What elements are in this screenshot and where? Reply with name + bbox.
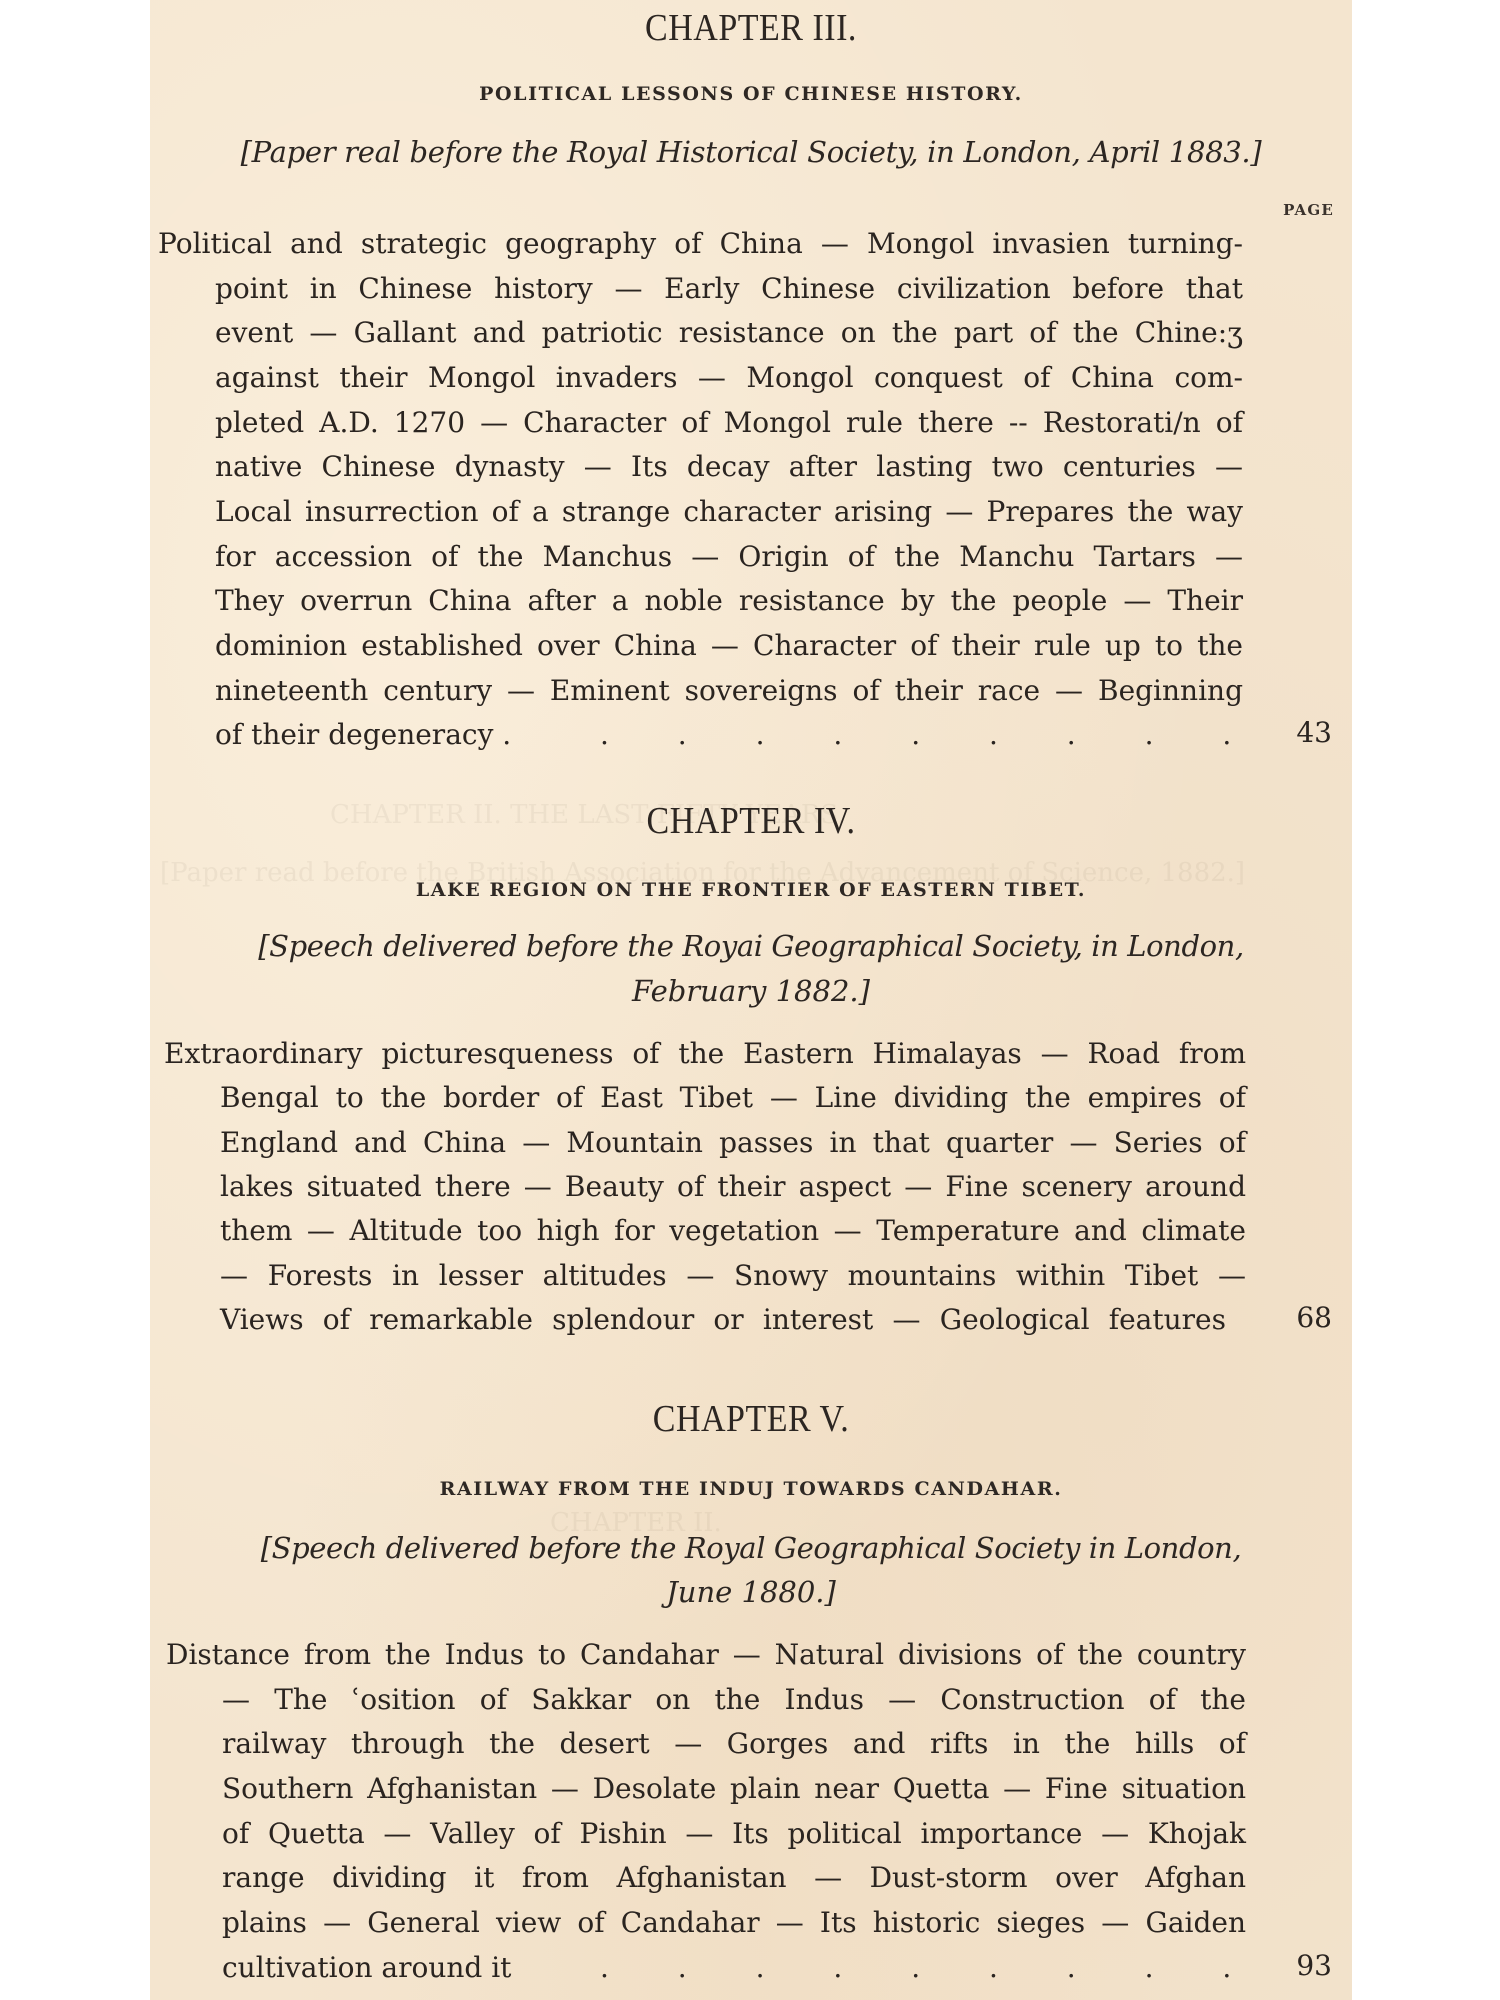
summary-line: Local insurrection of a strange characte… [215, 498, 1243, 526]
chapter-source-note: [Paper real before the Royal Historical … [150, 138, 1352, 167]
summary-line: England and China — Mountain passes in t… [220, 1129, 1246, 1157]
summary-line: plains — General view of Candahar — Its … [222, 1909, 1246, 1937]
chapter-subtitle: POLITICAL LESSONS OF CHINESE HISTORY. [150, 85, 1352, 104]
page-column-label: PAGE [1283, 203, 1334, 218]
summary-line: for accession of the Manchus — Origin of… [215, 543, 1243, 571]
summary-line: — Forests in lesser altitudes — Snowy mo… [220, 1262, 1246, 1290]
summary-line: range dividing it from Afghanistan — Dus… [222, 1864, 1246, 1892]
summary-line: Extraordinary picturesqueness of the Eas… [164, 1040, 1246, 1068]
summary-line: cultivation around it [222, 1954, 511, 1982]
leader-dots: . . . . . . . . . [600, 1954, 1261, 1982]
chapter-heading: CHAPTER III. [150, 10, 1352, 48]
summary-line: nineteenth century — Eminent sovereigns … [215, 677, 1243, 705]
summary-line: pleted A.D. 1270 — Character of Mongol r… [215, 409, 1243, 437]
summary-line: Southern Afghanistan — Desolate plain ne… [222, 1775, 1246, 1803]
page-number[interactable]: 43 [1296, 719, 1332, 747]
summary-line: them — Altitude too high for vegetation … [220, 1217, 1246, 1245]
chapter-subtitle: RAILWAY FROM THE INDUJ TOWARDS CANDAHAR. [150, 1480, 1352, 1499]
summary-line: of their degeneracy . [215, 721, 511, 749]
summary-line: Bengal to the border of East Tibet — Lin… [220, 1084, 1246, 1112]
summary-line: of Quetta — Valley of Pishin — Its polit… [222, 1820, 1246, 1848]
summary-line: point in Chinese history — Early Chinese… [215, 275, 1243, 303]
summary-line: lakes situated there — Beauty of their a… [220, 1173, 1246, 1201]
chapter-heading: CHAPTER V. [150, 1401, 1352, 1439]
chapter-source-note: [Speech delivered before the Royal Geogr… [150, 1534, 1352, 1563]
summary-line: against their Mongol invaders — Mongol c… [215, 364, 1243, 392]
book-page: CHAPTER II. THE LAST FIFTY YEARS. [Paper… [150, 0, 1352, 2000]
summary-line: railway through the desert — Gorges and … [222, 1730, 1246, 1758]
page-number[interactable]: 93 [1296, 1952, 1332, 1980]
summary-line: Political and strategic geography of Chi… [158, 230, 1243, 258]
summary-line: Distance from the Indus to Candahar — Na… [166, 1641, 1246, 1669]
summary-line: They overrun China after a noble resista… [215, 587, 1243, 615]
chapter-source-note: February 1882.] [150, 977, 1352, 1006]
summary-line: event — Gallant and patriotic resistance… [215, 319, 1243, 347]
chapter-source-note: June 1880.] [150, 1578, 1352, 1607]
summary-line: Views of remarkable splendour or interes… [220, 1306, 1226, 1334]
summary-line: native Chinese dynasty — Its decay after… [215, 453, 1243, 481]
page-number[interactable]: 68 [1296, 1304, 1332, 1332]
summary-line: — The ʿosition of Sakkar on the Indus — … [222, 1686, 1246, 1714]
chapter-subtitle: LAKE REGION ON THE FRONTIER OF EASTERN T… [150, 881, 1352, 900]
summary-line: dominion established over China — Charac… [215, 632, 1243, 660]
chapter-source-note: [Speech delivered before the Royai Geogr… [150, 932, 1352, 961]
leader-dots: . . . . . . . . . [600, 721, 1261, 749]
chapter-heading: CHAPTER IV. [150, 803, 1352, 841]
